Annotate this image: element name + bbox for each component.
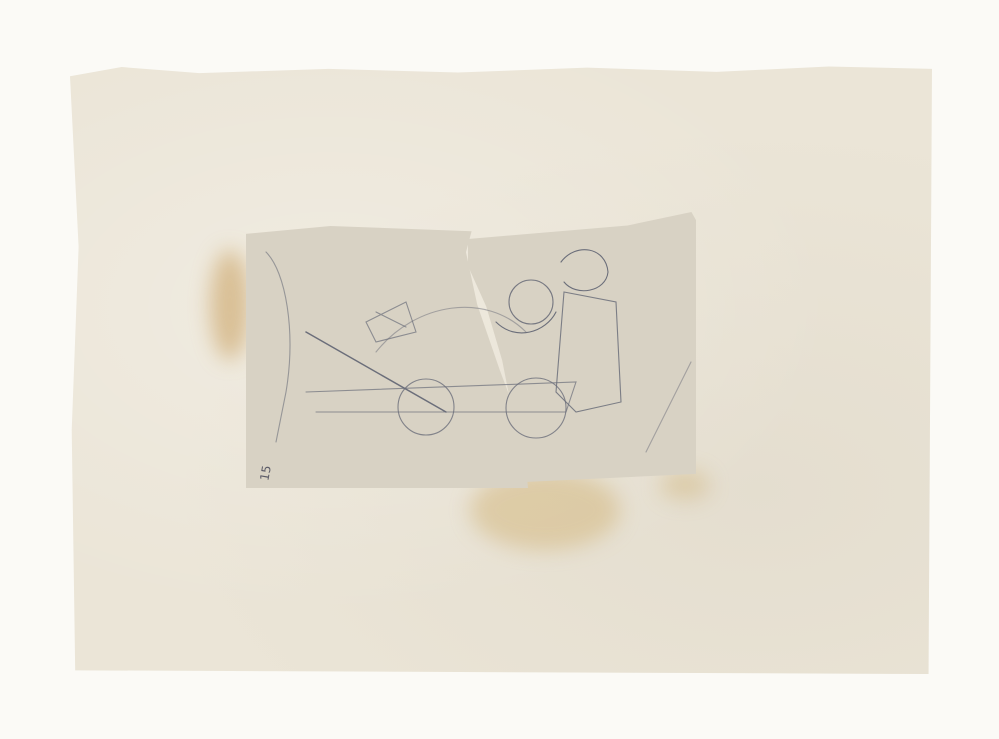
inscription-number: 15 bbox=[257, 464, 273, 481]
pencil-sketch bbox=[246, 212, 696, 488]
water-stain bbox=[210, 250, 250, 360]
